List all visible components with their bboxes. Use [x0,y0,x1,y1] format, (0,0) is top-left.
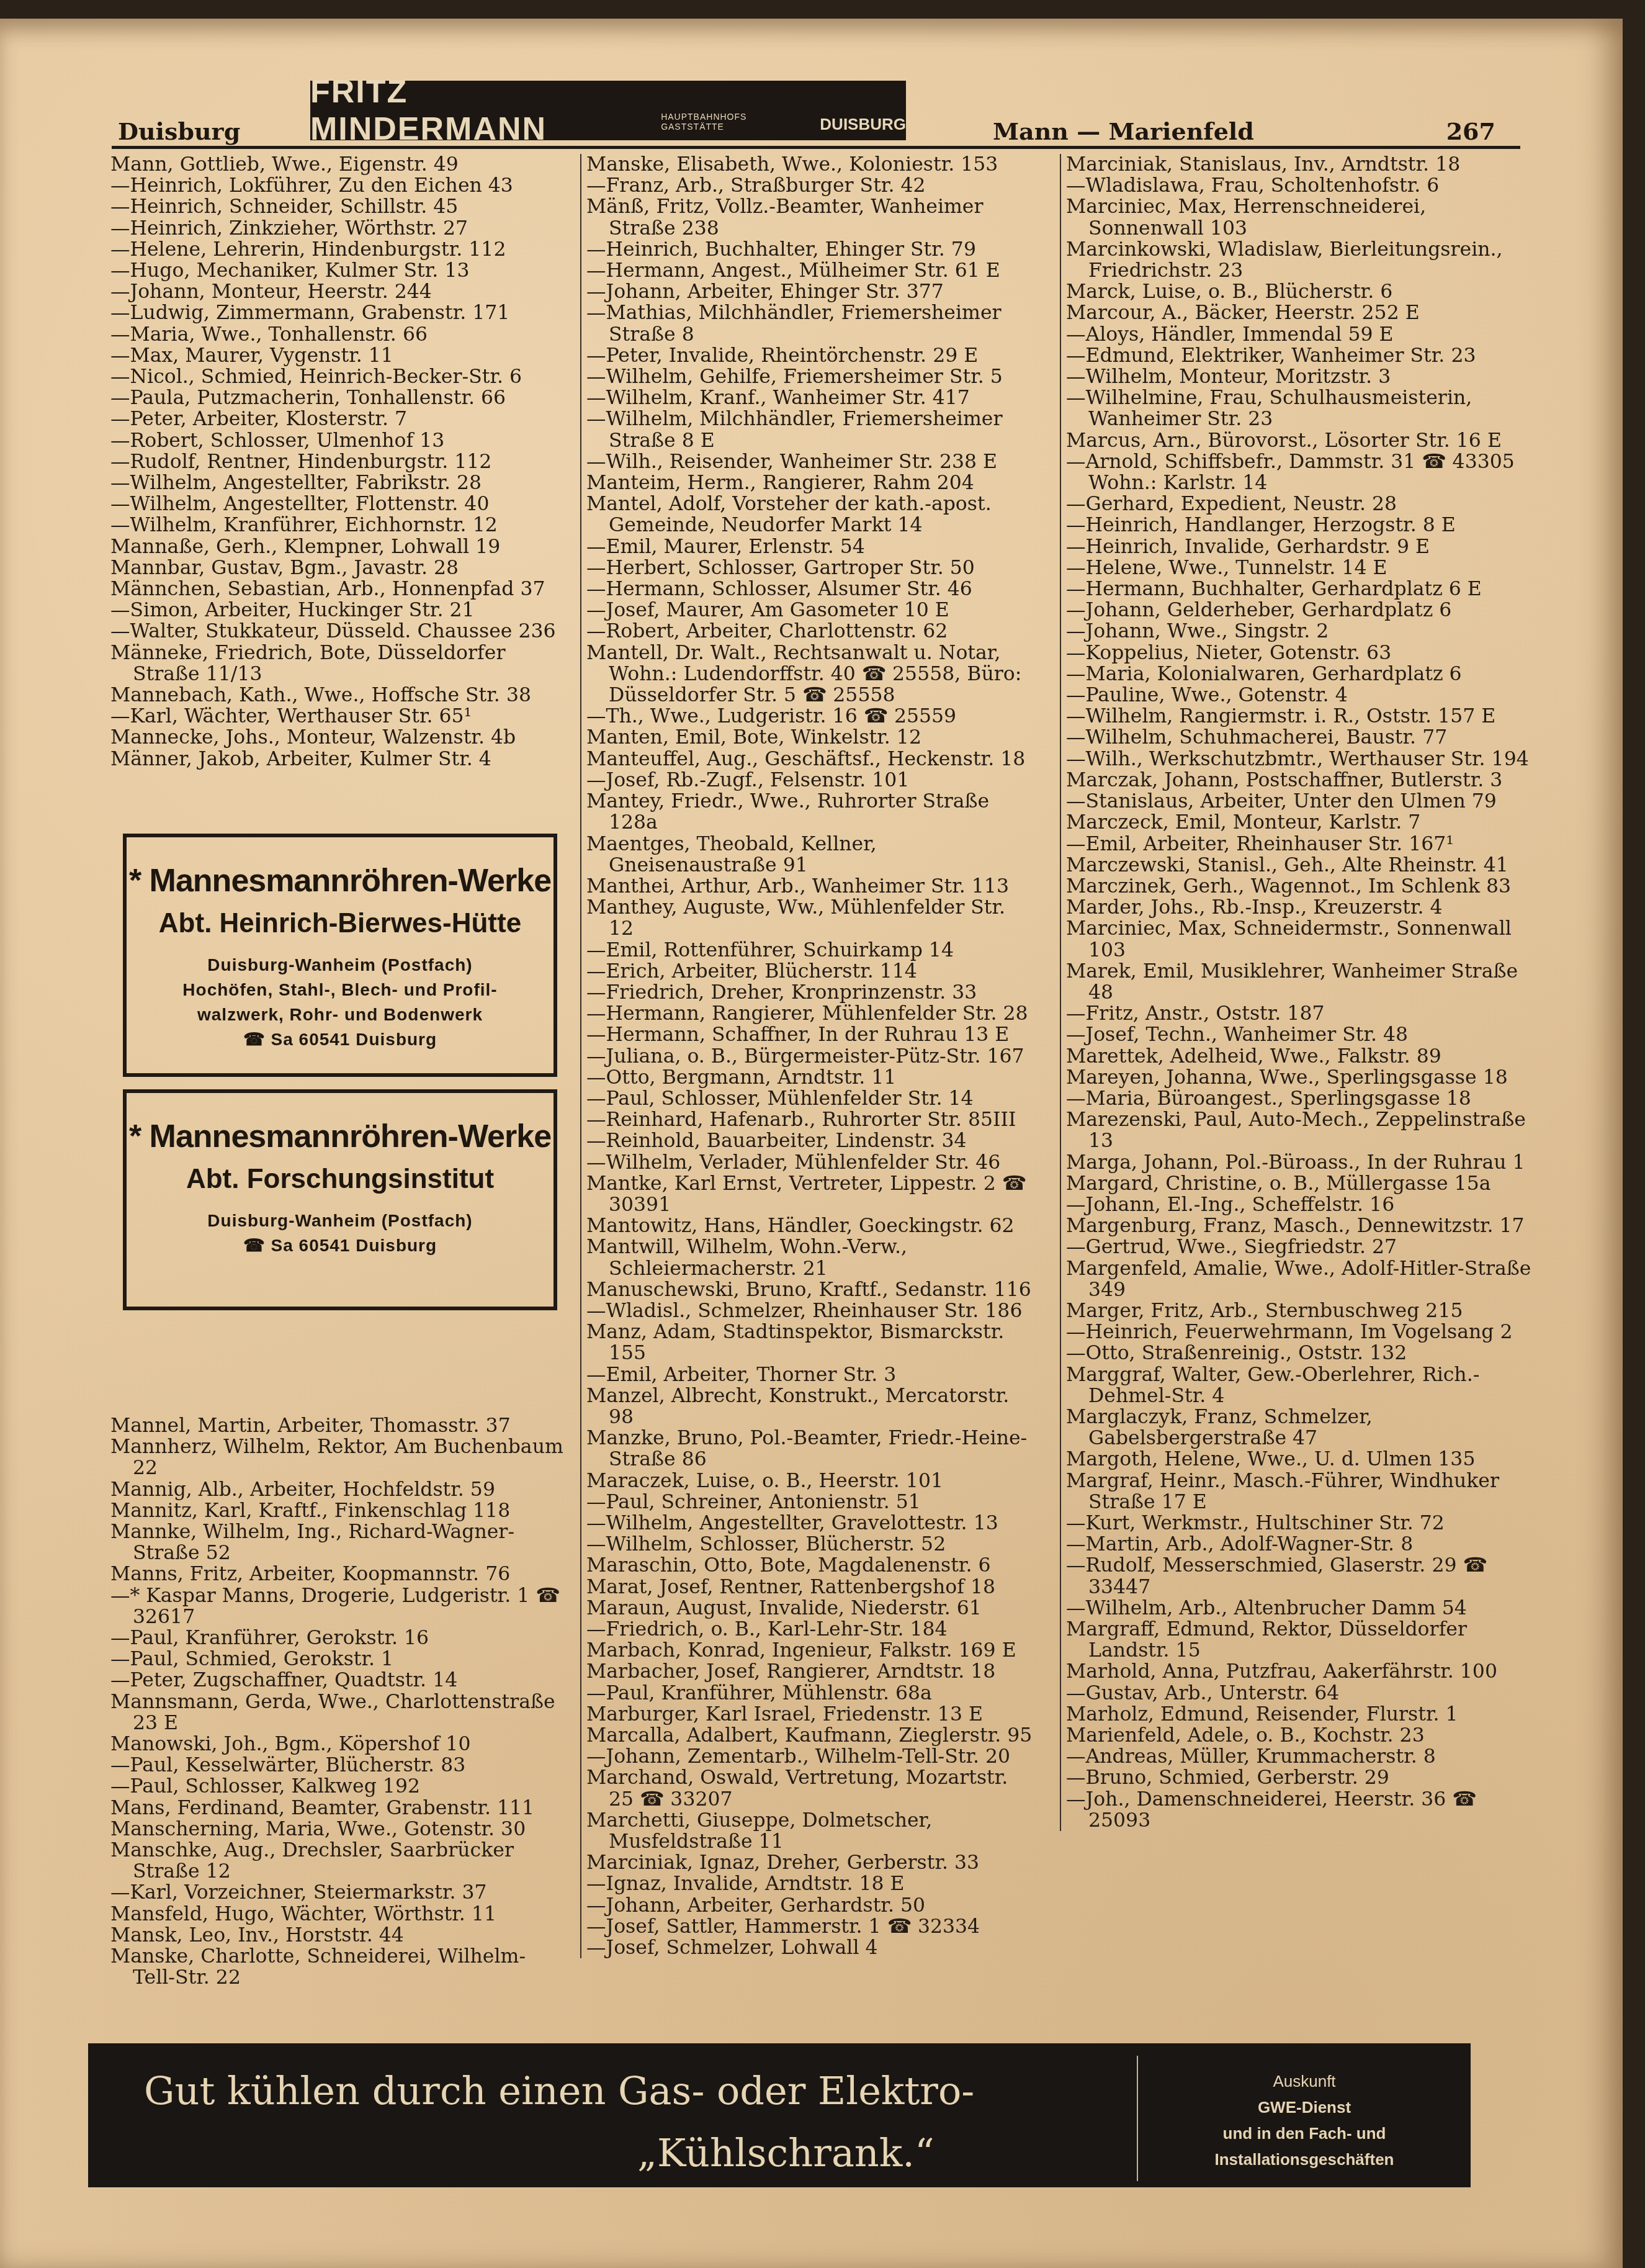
logo-city: DUISBURG [820,115,906,134]
ad-line: Duisburg-Wanheim (Postfach) [127,953,554,978]
banner-side-line: Auskunft [1143,2068,1466,2094]
directory-entry: —Peter, Invalide, Rheintörchenstr. 29 E [586,345,1036,366]
directory-entry: —Paul, Kranführer, Mühlenstr. 68a [586,1683,1036,1704]
directory-entry: —Gerhard, Expedient, Neustr. 28 [1066,493,1531,515]
directory-entry: —Wladislawa, Frau, Scholtenhofstr. 6 [1066,175,1531,196]
directory-entry: Marciniak, Ignaz, Dreher, Gerberstr. 33 [586,1852,1036,1873]
directory-entry: —Hermann, Angest., Mülheimer Str. 61 E [586,260,1036,281]
directory-entry: Manthey, Auguste, Ww., Mühlenfelder Str.… [586,897,1036,939]
directory-entry: Mans, Ferdinand, Beamter, Grabenstr. 111 [110,1798,567,1819]
directory-entry: —Juliana, o. B., Bürgermeister-Pütz-Str.… [586,1046,1036,1067]
directory-entry: —Hermann, Schaffner, In der Ruhrau 13 E [586,1024,1036,1045]
directory-entry: —Josef, Techn., Wanheimer Str. 48 [1066,1024,1531,1045]
directory-entry: Marga, Johann, Pol.-Büroass., In der Ruh… [1066,1152,1531,1173]
header-rule [112,146,1520,149]
column-2-entries: Manske, Elisabeth, Wwe., Koloniestr. 153… [586,154,1036,1958]
directory-entry: —Hermann, Rangierer, Mühlenfelder Str. 2… [586,1003,1036,1024]
directory-entry: —Wilhelmine, Frau, Schulhausmeisterin, W… [1066,387,1531,430]
header-city: Duisburg [118,117,240,145]
logo-name: FRITZ MINDERMANN [310,73,653,148]
directory-entry: —Maria, Wwe., Tonhallenstr. 66 [110,324,567,345]
directory-entry: Maraschin, Otto, Bote, Magdalenenstr. 6 [586,1555,1036,1576]
directory-entry: Marburger, Karl Israel, Friedenstr. 13 E [586,1704,1036,1725]
directory-entry: —Johann, Arbeiter, Ehinger Str. 377 [586,281,1036,302]
directory-entry: —Koppelius, Nieter, Gotenstr. 63 [1066,642,1531,664]
directory-entry: Mansk, Leo, Inv., Horststr. 44 [110,1925,567,1946]
directory-entry: —Josef, Maurer, Am Gasometer 10 E [586,600,1036,621]
ad-subtitle: Abt. Heinrich-Bierwes-Hütte [127,908,554,939]
directory-entry: —Gertrud, Wwe., Siegfriedstr. 27 [1066,1236,1531,1258]
directory-entry: —Heinrich, Buchhalter, Ehinger Str. 79 [586,239,1036,260]
directory-entry: Margenburg, Franz, Masch., Dennewitzstr.… [1066,1215,1531,1236]
directory-entry: Manuschewski, Bruno, Kraftf., Sedanstr. … [586,1279,1036,1300]
directory-entry: —Emil, Arbeiter, Rheinhauser Str. 167¹ [1066,834,1531,855]
directory-entry: —Pauline, Wwe., Gotenstr. 4 [1066,685,1531,706]
directory-entry: —Robert, Schlosser, Ulmenhof 13 [110,430,567,451]
directory-entry: —Heinrich, Handlanger, Herzogstr. 8 E [1066,515,1531,536]
directory-entry: —Otto, Bergmann, Arndtstr. 11 [586,1067,1036,1088]
directory-entry: Manschke, Aug., Drechsler, Saarbrücker S… [110,1840,567,1882]
column-1-entries-bottom: Mannel, Martin, Arbeiter, Thomasstr. 37M… [110,1415,567,1988]
directory-entry: Maraczek, Luise, o. B., Heerstr. 101 [586,1470,1036,1492]
directory-entry: —Mathias, Milchhändler, Friemersheimer S… [586,302,1036,344]
directory-entry: Marholz, Edmund, Reisender, Flurstr. 1 [1066,1704,1531,1725]
directory-entry: Margraff, Edmund, Rektor, Düsseldorfer L… [1066,1619,1531,1661]
column-3-entries: Marciniak, Stanislaus, Inv., Arndtstr. 1… [1066,154,1531,1831]
directory-entry: Marcour, A., Bäcker, Heerstr. 252 E [1066,302,1531,323]
directory-entry: —Heinrich, Schneider, Schillstr. 45 [110,196,567,217]
directory-entry: Marbacher, Josef, Rangierer, Arndtstr. 1… [586,1661,1036,1682]
directory-entry: —Johann, El.-Ing., Scheffelstr. 16 [1066,1194,1531,1215]
directory-entry: Mannel, Martin, Arbeiter, Thomasstr. 37 [110,1415,567,1436]
directory-entry: —Karl, Vorzeichner, Steiermarkstr. 37 [110,1882,567,1903]
banner-side-info: Auskunft GWE-Dienst und in den Fach- und… [1143,2068,1466,2172]
directory-entry: Marciniak, Stanislaus, Inv., Arndtstr. 1… [1066,154,1531,175]
directory-entry: Marettek, Adelheid, Wwe., Falkstr. 89 [1066,1046,1531,1067]
directory-entry: —Fritz, Anstr., Oststr. 187 [1066,1003,1531,1024]
directory-entry: —Simon, Arbeiter, Huckinger Str. 21 [110,600,567,621]
directory-entry: —Helene, Wwe., Tunnelstr. 14 E [1066,557,1531,578]
page-header: Duisburg FRITZ MINDERMANN HAUPTBAHNHOFS … [112,81,1520,149]
directory-entry: Manz, Adam, Stadtinspektor, Bismarckstr.… [586,1321,1036,1364]
column-1-entries-top: Mann, Gottlieb, Wwe., Eigenstr. 49—Heinr… [110,154,567,770]
directory-entry: —Reinhard, Hafenarb., Ruhrorter Str. 85I… [586,1109,1036,1130]
directory-entry: Mannbar, Gustav, Bgm., Javastr. 28 [110,557,567,578]
directory-entry: —Franz, Arb., Straßburger Str. 42 [586,175,1036,196]
directory-entry: Manns, Fritz, Arbeiter, Koopmannstr. 76 [110,1564,567,1585]
directory-entry: —Heinrich, Feuerwehrmann, Im Vogelsang 2 [1066,1321,1531,1343]
directory-entry: —Emil, Rottenführer, Schuirkamp 14 [586,940,1036,961]
directory-entry: —Ludwig, Zimmermann, Grabenstr. 171 [110,302,567,323]
directory-entry: Mannig, Alb., Arbeiter, Hochfeldstr. 59 [110,1479,567,1500]
directory-entry: —Josef, Rb.-Zugf., Felsenstr. 101 [586,770,1036,791]
directory-entry: —Hermann, Buchhalter, Gerhardplatz 6 E [1066,578,1531,600]
ad-mannesmann-institut: * Mannesmannröhren-Werke Abt. Forschungs… [123,1089,557,1310]
directory-entry: Manteuffel, Aug., Geschäftsf., Heckenstr… [586,749,1036,770]
directory-entry: —Th., Wwe., Ludgeristr. 16 ☎ 25559 [586,706,1036,727]
ad-phone-line: ☎ Sa 60541 Duisburg [127,1233,554,1258]
directory-entry: Marck, Luise, o. B., Blücherstr. 6 [1066,281,1531,302]
directory-entry: Margenfeld, Amalie, Wwe., Adolf-Hitler-S… [1066,1258,1531,1300]
directory-entry: Marczinek, Gerh., Wagennot., Im Schlenk … [1066,876,1531,897]
directory-entry: —Max, Maurer, Vygenstr. 11 [110,345,567,366]
directory-entry: Manthei, Arthur, Arb., Wanheimer Str. 11… [586,876,1036,897]
ad-title: * Mannesmannröhren-Werke [127,1118,554,1155]
directory-entry: Manske, Elisabeth, Wwe., Koloniestr. 153 [586,154,1036,175]
directory-entry: Männeke, Friedrich, Bote, Düsseldorfer S… [110,642,567,685]
directory-entry: —Wilhelm, Schuhmacherei, Baustr. 77 [1066,727,1531,748]
directory-entry: —Walter, Stukkateur, Düsseld. Chaussee 2… [110,621,567,642]
directory-entry: Manowski, Joh., Bgm., Köpershof 10 [110,1734,567,1755]
directory-entry: —Wilhelm, Angestellter, Flottenstr. 40 [110,493,567,515]
column-2: Manske, Elisabeth, Wwe., Koloniestr. 153… [580,154,1036,1958]
directory-entry: —Edmund, Elektriker, Wanheimer Str. 23 [1066,345,1531,366]
directory-entry: Mannebach, Kath., Wwe., Hoffsche Str. 38 [110,685,567,706]
directory-entry: —Wladisl., Schmelzer, Rheinhauser Str. 1… [586,1300,1036,1321]
directory-entry: —Aloys, Händler, Immendal 59 E [1066,324,1531,345]
directory-entry: Männer, Jakob, Arbeiter, Kulmer Str. 4 [110,749,567,770]
directory-entry: Mantel, Adolf, Vorsteher der kath.-apost… [586,493,1036,536]
directory-entry: —Joh., Damenschneiderei, Heerstr. 36 ☎ 2… [1066,1789,1531,1831]
directory-entry: —Wilhelm, Arb., Altenbrucher Damm 54 [1066,1598,1531,1619]
directory-entry: —Helene, Lehrerin, Hindenburgstr. 112 [110,239,567,260]
directory-entry: —Otto, Straßenreinig., Oststr. 132 [1066,1343,1531,1364]
directory-entry: —Paula, Putzmacherin, Tonhallenstr. 66 [110,387,567,408]
directory-entry: —Peter, Zugschaffner, Quadtstr. 14 [110,1670,567,1691]
directory-entry: Maraun, August, Invalide, Niederstr. 61 [586,1598,1036,1619]
banner-headline: Gut kühlen durch einen Gas- oder Elektro… [144,2068,974,2113]
directory-entry: —Erich, Arbeiter, Blücherstr. 114 [586,961,1036,982]
directory-entry: Maentges, Theobald, Kellner, Gneisenaust… [586,834,1036,876]
directory-entry: —Ignaz, Invalide, Arndtstr. 18 E [586,1873,1036,1894]
directory-entry: —Rudolf, Rentner, Hindenburgstr. 112 [110,451,567,472]
directory-entry: —Stanislaus, Arbeiter, Unter den Ulmen 7… [1066,791,1531,812]
directory-entry: —Heinrich, Zinkzieher, Wörthstr. 27 [110,218,567,239]
directory-entry: —Wilh., Werkschutzbmtr., Werthauser Str.… [1066,749,1531,770]
directory-entry: —Bruno, Schmied, Gerberstr. 29 [1066,1767,1531,1788]
directory-entry: —Karl, Wächter, Werthauser Str. 65¹ [110,706,567,727]
directory-entry: —Wilhelm, Kranführer, Eichhornstr. 12 [110,515,567,536]
directory-entry: —Johann, Monteur, Heerstr. 244 [110,281,567,302]
ad-line: Hochöfen, Stahl-, Blech- und Profil- [127,978,554,1002]
directory-entry: Marcus, Arn., Bürovorst., Lösorter Str. … [1066,430,1531,451]
banner-side-line: Installationsgeschäften [1143,2146,1466,2172]
directory-entry: —Heinrich, Lokführer, Zu den Eichen 43 [110,175,567,196]
directory-entry: Manten, Emil, Bote, Winkelstr. 12 [586,727,1036,748]
directory-entry: —Wilhelm, Kranf., Wanheimer Str. 417 [586,387,1036,408]
logo-tagline: HAUPTBAHNHOFS GASTSTÄTTE [661,112,812,132]
directory-entry: —Paul, Schreiner, Antonienstr. 51 [586,1492,1036,1513]
directory-entry: —Wilhelm, Schlosser, Blücherstr. 52 [586,1534,1036,1555]
directory-entry: —Gustav, Arb., Unterstr. 64 [1066,1683,1531,1704]
banner-headline-2: „Kühlschrank.“ [637,2130,935,2176]
directory-entry: —Arnold, Schiffsbefr., Dammstr. 31 ☎ 433… [1066,451,1531,493]
directory-entry: —Paul, Schlosser, Kalkweg 192 [110,1776,567,1797]
directory-entry: —Wilhelm, Monteur, Moritzstr. 3 [1066,366,1531,387]
directory-entry: —Maria, Büroangest., Sperlingsgasse 18 [1066,1088,1531,1109]
directory-entry: —Johann, Gelderheber, Gerhardplatz 6 [1066,600,1531,621]
directory-entry: —Wilhelm, Verlader, Mühlenfelder Str. 46 [586,1152,1036,1173]
directory-entry: —Emil, Maurer, Erlenstr. 54 [586,536,1036,557]
ad-phone-line: ☎ Sa 60541 Duisburg [127,1027,554,1052]
directory-entry: Manzke, Bruno, Pol.-Beamter, Friedr.-Hei… [586,1428,1036,1470]
directory-entry: Marcalla, Adalbert, Kaufmann, Zieglerstr… [586,1725,1036,1746]
directory-entry: —Friedrich, o. B., Karl-Lehr-Str. 184 [586,1619,1036,1640]
directory-entry: —Kurt, Werkmstr., Hultschiner Str. 72 [1066,1513,1531,1534]
directory-entry: —Paul, Schlosser, Mühlenfelder Str. 14 [586,1088,1036,1109]
directory-entry: —Hugo, Mechaniker, Kulmer Str. 13 [110,260,567,281]
directory-entry: Marder, Johs., Rb.-Insp., Kreuzerstr. 4 [1066,897,1531,918]
ad-mannesmann-huette: * Mannesmannröhren-Werke Abt. Heinrich-B… [123,834,557,1077]
directory-entry: —Rudolf, Messerschmied, Glaserstr. 29 ☎ … [1066,1555,1531,1597]
directory-entry: Mansfeld, Hugo, Wächter, Wörthstr. 11 [110,1904,567,1925]
directory-entry: Marek, Emil, Musiklehrer, Wanheimer Stra… [1066,961,1531,1003]
directory-entry: —Herbert, Schlosser, Gartroper Str. 50 [586,557,1036,578]
directory-entry: Marczak, Johann, Postschaffner, Butlerst… [1066,770,1531,791]
directory-entry: Mantey, Friedr., Wwe., Ruhrorter Straße … [586,791,1036,833]
directory-entry: Mannke, Wilhelm, Ing., Richard-Wagner-St… [110,1521,567,1564]
directory-entry: —Friedrich, Dreher, Kronprinzenstr. 33 [586,982,1036,1003]
directory-entry: —Wilhelm, Angestellter, Fabrikstr. 28 [110,472,567,493]
page-number: 267 [1446,117,1495,145]
directory-entry: Manzel, Albrecht, Konstrukt., Mercatorst… [586,1385,1036,1428]
directory-entry: Mantke, Karl Ernst, Vertreter, Lippestr.… [586,1173,1036,1215]
ad-subtitle: Abt. Forschungsinstitut [127,1164,554,1195]
directory-entry: Mareyen, Johanna, Wwe., Sperlingsgasse 1… [1066,1067,1531,1088]
directory-entry: Marhold, Anna, Putzfrau, Aakerfährstr. 1… [1066,1661,1531,1682]
directory-entry: Manscherning, Maria, Wwe., Gotenstr. 30 [110,1819,567,1840]
directory-entry: —Maria, Kolonialwaren, Gerhardplatz 6 [1066,664,1531,685]
directory-entry: —Emil, Arbeiter, Thorner Str. 3 [586,1364,1036,1385]
directory-entry: Männchen, Sebastian, Arb., Honnenpfad 37 [110,578,567,600]
directory-entry: Marezenski, Paul, Auto-Mech., Zeppelinst… [1066,1109,1531,1151]
directory-entry: —Johann, Arbeiter, Gerhardstr. 50 [586,1895,1036,1916]
directory-entry: —Wilhelm, Rangiermstr. i. R., Oststr. 15… [1066,706,1531,727]
directory-entry: Marciniec, Max, Schneidermstr., Sonnenwa… [1066,918,1531,960]
directory-entry: —Josef, Sattler, Hammerstr. 1 ☎ 32334 [586,1916,1036,1937]
directory-entry: Marczeck, Emil, Monteur, Karlstr. 7 [1066,812,1531,833]
directory-entry: —Peter, Arbeiter, Klosterstr. 7 [110,408,567,430]
directory-page: Duisburg FRITZ MINDERMANN HAUPTBAHNHOFS … [0,19,1623,2268]
directory-entry: —Robert, Arbeiter, Charlottenstr. 62 [586,621,1036,642]
ad-line: walzwerk, Rohr- und Bodenwerk [127,1002,554,1027]
directory-entry: Mannaße, Gerh., Klempner, Lohwall 19 [110,536,567,557]
directory-entry: Manske, Charlotte, Schneiderei, Wilhelm-… [110,1946,567,1988]
ad-line: Duisburg-Wanheim (Postfach) [127,1208,554,1233]
banner-side-line: GWE-Dienst [1143,2094,1466,2120]
directory-entry: —Paul, Kranführer, Gerokstr. 16 [110,1627,567,1649]
column-3: Marciniak, Stanislaus, Inv., Arndtstr. 1… [1060,154,1531,1831]
bottom-banner-ad: Gut kühlen durch einen Gas- oder Elektro… [88,2043,1471,2187]
directory-entry: —Wilhelm, Angestellter, Gravelottestr. 1… [586,1513,1036,1534]
directory-entry: Marciniec, Max, Herrenschneiderei, Sonne… [1066,196,1531,238]
directory-entry: Marchetti, Giuseppe, Dolmetscher, Musfel… [586,1810,1036,1852]
directory-entry: —Reinhold, Bauarbeiter, Lindenstr. 34 [586,1130,1036,1151]
directory-entry: Mannitz, Karl, Kraftf., Finkenschlag 118 [110,1500,567,1521]
header-name-range: Mann — Marienfeld [993,117,1254,145]
directory-entry: —Martin, Arb., Adolf-Wagner-Str. 8 [1066,1534,1531,1555]
directory-entry: Mann, Gottlieb, Wwe., Eigenstr. 49 [110,154,567,175]
header-logo-ad: FRITZ MINDERMANN HAUPTBAHNHOFS GASTSTÄTT… [310,81,906,140]
banner-side-line: und in den Fach- und [1143,2120,1466,2146]
directory-entry: Marglaczyk, Franz, Schmelzer, Gabelsberg… [1066,1406,1531,1449]
directory-entry: Margraf, Heinr., Masch.-Führer, Windhuke… [1066,1470,1531,1513]
directory-entry: —* Kaspar Manns, Drogerie, Ludgeristr. 1… [110,1585,567,1627]
directory-entry: Marczewski, Stanisl., Geh., Alte Rheinst… [1066,855,1531,876]
directory-entry: Mantwill, Wilhelm, Wohn.-Verw., Schleier… [586,1236,1036,1279]
directory-entry: —Heinrich, Invalide, Gerhardstr. 9 E [1066,536,1531,557]
directory-entry: Mantowitz, Hans, Händler, Goeckingstr. 6… [586,1215,1036,1236]
directory-entry: —Nicol., Schmied, Heinrich-Becker-Str. 6 [110,366,567,387]
directory-entry: —Johann, Wwe., Singstr. 2 [1066,621,1531,642]
directory-entry: —Josef, Schmelzer, Lohwall 4 [586,1937,1036,1958]
banner-divider [1137,2056,1138,2181]
directory-entry: —Wilhelm, Gehilfe, Friemersheimer Str. 5 [586,366,1036,387]
directory-entry: Margard, Christine, o. B., Müllergasse 1… [1066,1173,1531,1194]
directory-entry: —Johann, Zementarb., Wilhelm-Tell-Str. 2… [586,1746,1036,1767]
directory-entry: —Paul, Kesselwärter, Blücherstr. 83 [110,1755,567,1776]
directory-entry: Marat, Josef, Rentner, Rattenbergshof 18 [586,1577,1036,1598]
directory-entry: —Hermann, Schlosser, Alsumer Str. 46 [586,578,1036,600]
directory-entry: —Andreas, Müller, Krummacherstr. 8 [1066,1746,1531,1767]
directory-entry: —Wilhelm, Milchhändler, Friemersheimer S… [586,408,1036,451]
directory-entry: Marbach, Konrad, Ingenieur, Falkstr. 169… [586,1640,1036,1661]
directory-entry: Marcinkowski, Wladislaw, Bierleitungsrei… [1066,239,1531,281]
directory-entry: Mannecke, Johs., Monteur, Walzenstr. 4b [110,727,567,748]
directory-entry: Mannherz, Wilhelm, Rektor, Am Buchenbaum… [110,1436,567,1478]
directory-entry: Marchand, Oswald, Vertretung, Mozartstr.… [586,1767,1036,1809]
directory-entry: Margoth, Helene, Wwe., U. d. Ulmen 135 [1066,1449,1531,1470]
ad-title: * Mannesmannröhren-Werke [127,862,554,899]
directory-entry: —Wilh., Reisender, Wanheimer Str. 238 E [586,451,1036,472]
directory-entry: Mannsmann, Gerda, Wwe., Charlottenstraße… [110,1691,567,1734]
directory-entry: Manteim, Herm., Rangierer, Rahm 204 [586,472,1036,493]
directory-entry: Mantell, Dr. Walt., Rechtsanwalt u. Nota… [586,642,1036,706]
directory-entry: —Paul, Schmied, Gerokstr. 1 [110,1649,567,1670]
directory-entry: Marger, Fritz, Arb., Sternbuschweg 215 [1066,1300,1531,1321]
directory-entry: Marggraf, Walter, Gew.-Oberlehrer, Rich.… [1066,1364,1531,1406]
directory-entry: Mänß, Fritz, Vollz.-Beamter, Wanheimer S… [586,196,1036,238]
directory-entry: Marienfeld, Adele, o. B., Kochstr. 23 [1066,1725,1531,1746]
